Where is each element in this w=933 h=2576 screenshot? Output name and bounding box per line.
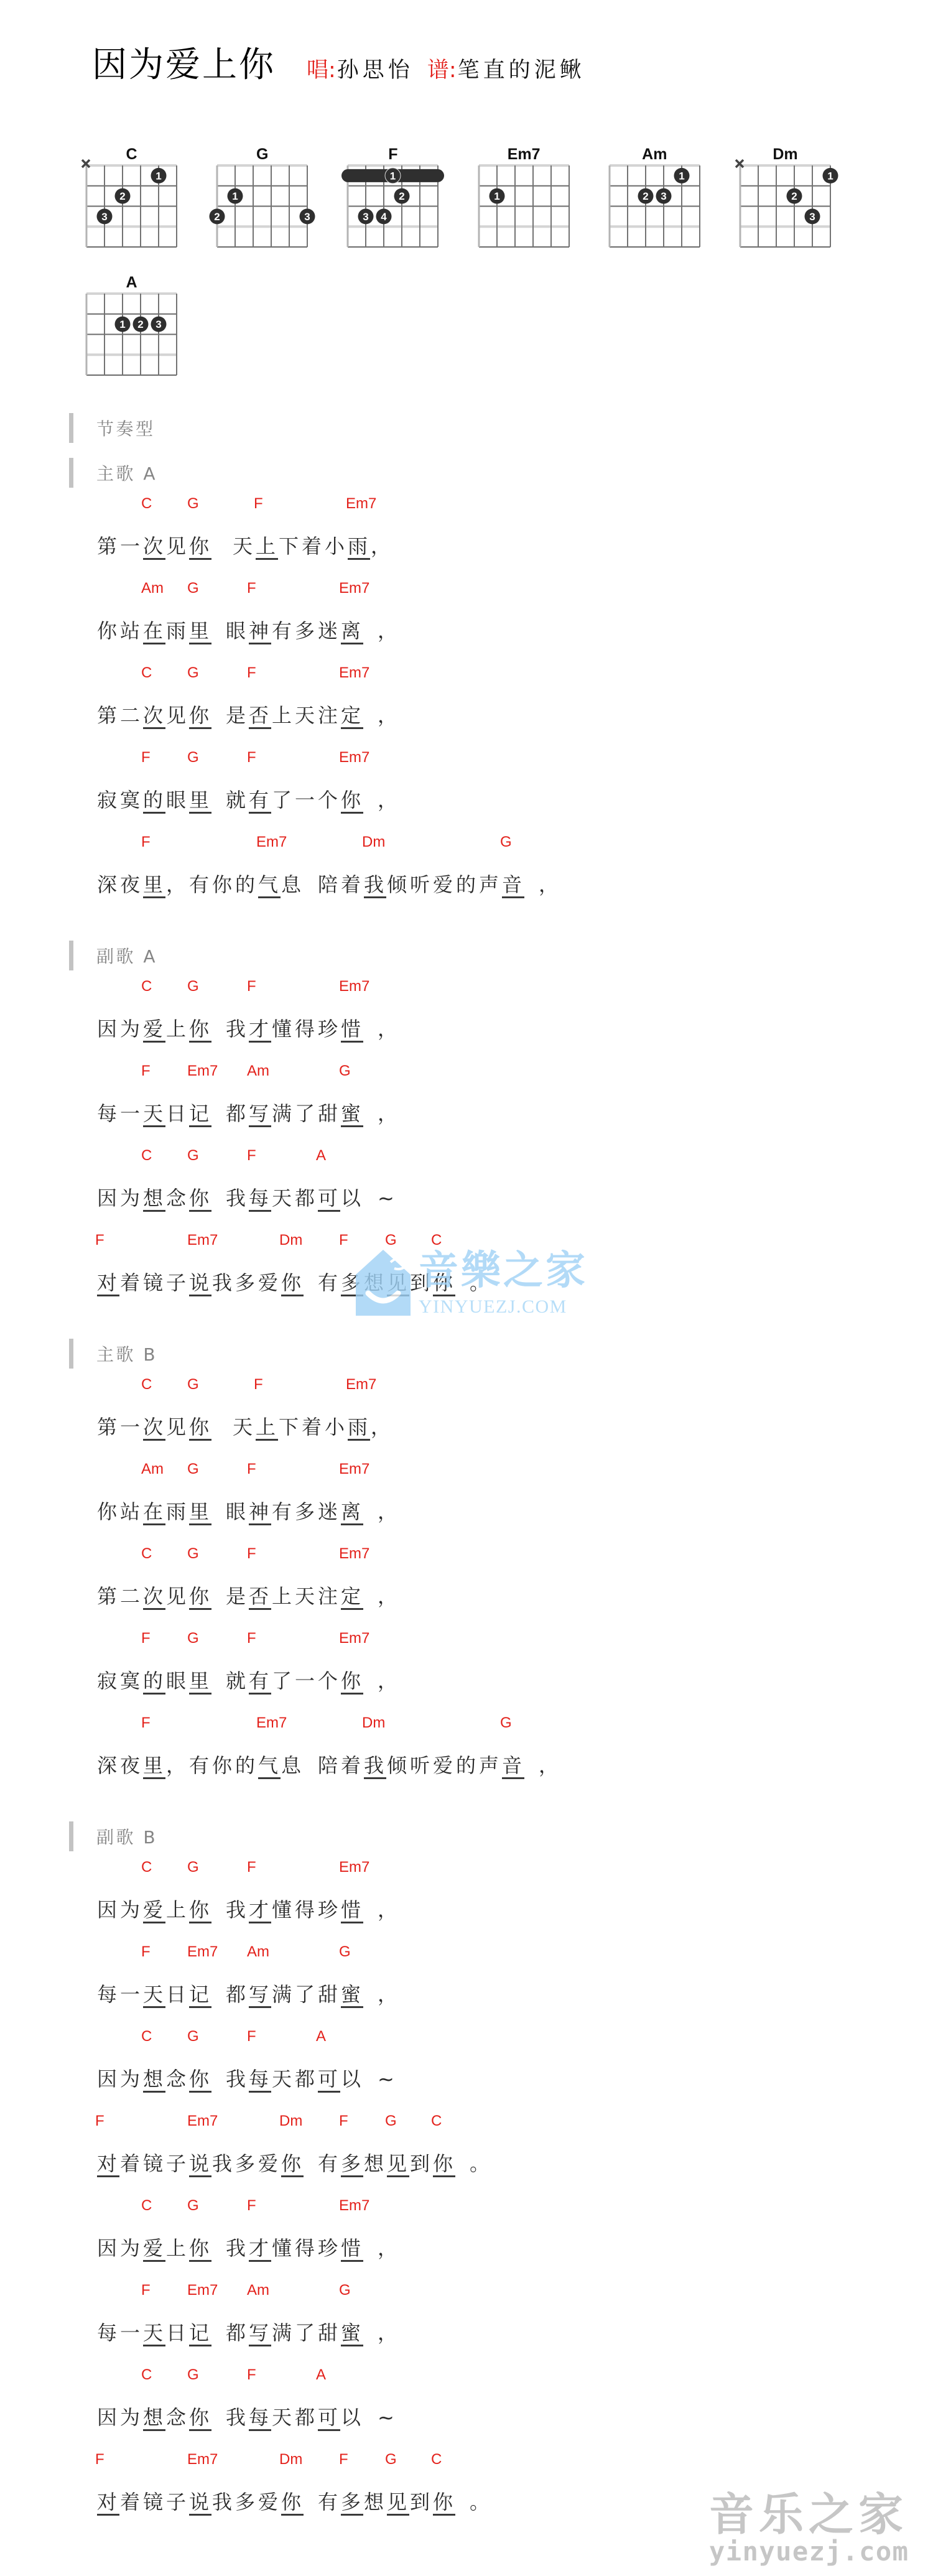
lyric-char [364,2058,378,2100]
chord-label: F [95,2439,104,2481]
lyric-char [364,2312,378,2354]
lyric-char: 迷 [318,1490,341,1533]
lyric-char: 镜 [143,2142,166,2185]
chord-line: CGFA [0,2354,933,2396]
lyric-char [212,1490,226,1533]
lyric-char: 见 [166,525,189,567]
lyric-char: 注 [318,1575,341,1617]
lyric-char-chord-marked: 蜜 [341,1092,364,1135]
lyric-char: 寞 [120,779,143,821]
lyric-char: 个 [318,779,341,821]
lyric-char [212,779,226,821]
lyric-char: ， [378,610,401,652]
lyric-line: 每一天日记 都写满了甜蜜 ， [0,1092,933,1135]
lyric-char: ， [166,863,189,906]
lyric-char: 见 [166,1575,189,1617]
lyric-char [212,1008,226,1050]
finger-dot: 1 [674,168,689,184]
lyric-char [212,694,226,737]
chord-label: F [247,2185,256,2227]
lyric-char: 上 [166,2227,189,2269]
lyric-char-chord-marked: 我 [364,863,387,906]
lyric-char: ， [378,694,401,737]
lyric-char-chord-marked: 写 [249,1973,272,2016]
lyric-char: 有 [272,1490,295,1533]
lyric-char: 下 [279,1406,302,1448]
lyric-char-chord-marked: 次 [143,525,166,567]
chord-label: C [431,1219,442,1262]
lyric-char [304,1744,318,1787]
lyric-char [212,1973,226,2016]
chord-label: Em7 [339,1448,369,1490]
lyric-line: 第一次见你 天上下着小雨， [0,525,933,567]
fretboard-grid: 123 [77,287,186,381]
section-header: 副歌 A [0,948,933,965]
lyric-char: 到 [410,2142,433,2185]
chord-label: Em7 [187,1931,218,1973]
lyric-char-chord-marked: 蜜 [341,1973,364,2016]
arranger-name: 笔直的泥鳅 [458,58,585,83]
lyric-char: 是 [226,1575,249,1617]
chord-label: G [187,1364,199,1406]
lyric-char: 因 [97,1889,120,1931]
lyric-char: 天 [272,1177,295,1219]
chord-label: Am [247,1050,269,1092]
lyric-char-chord-marked: 里 [143,1744,166,1787]
finger-number: 2 [643,190,648,202]
lyric-char: 日 [166,1092,189,1135]
finger-number: 1 [827,170,833,182]
lyric-char-chord-marked: 音 [502,1744,525,1787]
lyric-char: 雨 [166,610,189,652]
finger-dot: 3 [300,208,315,224]
lyric-char: 的 [235,863,258,906]
song-meta: 唱:孙思怡谱:笔直的泥鳅 [307,58,585,83]
lyric-char-chord-marked: 记 [189,1973,212,2016]
lyric-char: 满 [272,2312,295,2354]
lyric-char: 寂 [97,779,120,821]
lyric-char: 见 [166,1406,189,1448]
lyric-char [364,2227,378,2269]
chord-line: FEm7AmG [0,1931,933,1973]
lyric-line: 每一天日记 都写满了甜蜜 ， [0,1973,933,2016]
lyric-char [212,1092,226,1135]
lyric-line: 因为爱上你 我才懂得珍惜 ， [0,1889,933,1931]
lyric-char: ， [371,1406,394,1448]
chord-label: F [247,2016,256,2058]
lyric-char: 上 [166,1889,189,1931]
lyric-char: 甜 [318,1973,341,2016]
lyric-char-chord-marked: 多 [341,2142,364,2185]
lyric-char: 小 [325,1406,348,1448]
lyric-char [212,1406,233,1448]
chord-label: F [247,1617,256,1660]
chord-label: Em7 [256,821,287,863]
chord-label: Em7 [187,1219,218,1262]
lyric-char [212,610,226,652]
lyric-char: 因 [97,2396,120,2439]
chord-label: F [254,483,263,525]
lyric-char: 一 [120,1973,143,2016]
finger-dot: 2 [394,188,410,204]
lyric-char: 满 [272,1973,295,2016]
lyric-char [364,1490,378,1533]
chord-label: F [95,2100,104,2142]
lyric-char-chord-marked: 里 [189,779,212,821]
lyric-char: 眼 [166,779,189,821]
finger-number: 2 [399,190,405,202]
chord-label: C [141,2185,152,2227]
lyric-char-chord-marked: 离 [341,1490,364,1533]
lyric-char: 爱 [433,1744,456,1787]
lyric-char: 听 [410,863,433,906]
section-title: 副歌 A [96,948,157,965]
lyric-char: 的 [456,1744,479,1787]
finger-dot: 4 [376,208,392,224]
finger-dot: 3 [656,188,671,204]
lyric-char [304,863,318,906]
lyric-char: 都 [295,1177,318,1219]
finger-number: 1 [390,170,396,182]
chord-line: CGFA [0,1135,933,1177]
lyric-char [364,779,378,821]
finger-dot: 1 [489,188,504,204]
lyric-char: ， [378,1575,401,1617]
finger-number: 2 [137,319,143,330]
lyric-char: ， [166,1744,189,1787]
lyric-char: 念 [166,1177,189,1219]
lyric-char: 着 [302,1406,325,1448]
lyric-char: 我 [212,1262,235,1304]
lyric-char-chord-marked: 你 [189,1406,212,1448]
chord-label: G [187,1617,199,1660]
lyric-char: 陪 [318,863,341,906]
chord-label: Dm [362,1702,385,1744]
section-title: 主歌 A [96,465,157,483]
lyric-char-chord-marked: 记 [189,1092,212,1135]
lyric-char: 上 [272,694,295,737]
chord-label: G [385,2439,397,2481]
lyric-char-chord-marked: 气 [258,863,281,906]
lyric-char: 我 [226,1008,249,1050]
chord-label: A [316,2016,326,2058]
lyric-char: 得 [295,1889,318,1931]
lyric-char: ~ [378,1177,391,1219]
chord-label: G [187,1533,199,1575]
finger-dot: 2 [787,188,802,204]
lyric-char-chord-marked: 的 [143,779,166,821]
lyric-char: 我 [212,2142,235,2185]
lyric-char: 珍 [318,1008,341,1050]
fretboard-grid: 1234 [338,159,447,253]
section-header: 副歌 B [0,1829,933,1846]
lyric-char-chord-marked: 音 [502,863,525,906]
lyric-char: 甜 [318,2312,341,2354]
finger-dot: 3 [151,317,167,332]
lyric-char [212,2227,226,2269]
lyric-line: 因为想念你 我每天都可以 ~ [0,2396,933,2439]
lyric-line: 第二次见你 是否上天注定 ， [0,694,933,737]
finger-number: 2 [119,190,125,202]
lyric-char: 陪 [318,1744,341,1787]
lyric-line: 对着镜子说我多爱你 有多想见到你 。 [0,2142,933,2185]
section: 主歌 BCGFEm7第一次见你 天上下着小雨，AmGFEm7你站在雨里 眼神有多… [0,1346,933,1787]
finger-dot: 3 [358,208,374,224]
lyric-char: 眼 [226,1490,249,1533]
chord-label: F [141,821,151,863]
chord-label: G [500,1702,512,1744]
chord-line: CGFA [0,2016,933,2058]
lyric-char: 珍 [318,1889,341,1931]
fretboard-grid: 123 [731,159,840,253]
lyric-char: 深 [97,863,120,906]
lyric-char: 多 [235,2142,258,2185]
lyric-char: 爱 [258,2481,281,2523]
lyric-char: 天 [295,694,318,737]
finger-dot: 2 [638,188,653,204]
chord-line: CGFEm7 [0,1364,933,1406]
chord-label: F [141,1702,151,1744]
lyric-char-chord-marked: 定 [341,1575,364,1617]
chord-diagram-am: Am123 [600,143,709,255]
lyric-char: 为 [120,1177,143,1219]
lyric-char-chord-marked: 想 [143,2396,166,2439]
lyric-char-chord-marked: 每 [249,2058,272,2100]
finger-number: 1 [155,170,161,182]
lyric-char: 了 [295,1092,318,1135]
lyric-char-chord-marked: 我 [364,1744,387,1787]
lyric-char-chord-marked: 否 [249,1575,272,1617]
lyric-char: 的 [456,863,479,906]
chord-diagram-em7: Em71 [470,143,578,255]
arranger-label: 谱: [427,58,457,83]
lyric-char: ， [378,1973,401,2016]
lyric-char: 得 [295,2227,318,2269]
lyric-char: 有 [318,1262,341,1304]
chord-label: F [247,1135,256,1177]
lyric-char-chord-marked: 爱 [143,2227,166,2269]
lyric-char: 一 [120,1092,143,1135]
lyric-char: 多 [295,1490,318,1533]
finger-number: 2 [214,211,220,223]
section: 主歌 ACGFEm7第一次见你 天上下着小雨，AmGFEm7你站在雨里 眼神有多… [0,465,933,906]
chord-label: Dm [279,2100,302,2142]
chord-label: G [187,567,199,610]
section-header: 主歌 A [0,465,933,483]
chord-label: F [254,1364,263,1406]
lyric-char: 我 [226,1889,249,1931]
lyric-char [364,1008,378,1050]
lyric-char: 的 [235,1744,258,1787]
section: 副歌 BCGFEm7因为爱上你 我才懂得珍惜 ，FEm7AmG每一天日记 都写满… [0,1829,933,2523]
fretboard-grid: 123 [208,159,317,253]
chord-label: Am [247,1931,269,1973]
chord-label: C [141,1364,152,1406]
lyric-char-chord-marked: 否 [249,694,272,737]
chord-label: Em7 [339,965,369,1008]
lyric-char: 想 [364,1262,387,1304]
lyric-char: 夜 [120,863,143,906]
chord-label: Am [141,567,164,610]
lyric-char: 多 [295,610,318,652]
chord-label: C [141,652,152,694]
lyric-char-chord-marked: 你 [281,1262,304,1304]
chord-diagram-a: A123 [77,271,186,383]
lyric-char: ， [378,1008,401,1050]
lyric-char-chord-marked: 你 [189,2227,212,2269]
lyric-char [304,1262,318,1304]
lyric-char: 多 [235,1262,258,1304]
lyric-char [364,1973,378,2016]
chord-label: G [339,2269,351,2312]
finger-number: 3 [155,319,161,330]
lyric-char-chord-marked: 可 [318,2058,341,2100]
lyric-char [525,1744,539,1787]
chord-label: F [247,965,256,1008]
lyric-char: 倾 [387,863,410,906]
lyric-char: 为 [120,1008,143,1050]
lyric-char: 站 [120,1490,143,1533]
lyric-char: 我 [226,2058,249,2100]
lyric-char-chord-marked: 对 [97,2142,120,2185]
lyric-char: 。 [470,2481,493,2523]
lyric-line: 每一天日记 都写满了甜蜜 ， [0,2312,933,2354]
lyric-char-chord-marked: 里 [189,1490,212,1533]
lyric-char [364,1660,378,1702]
chord-label: Em7 [187,1050,218,1092]
lyric-char-chord-marked: 说 [189,1262,212,1304]
chord-label: G [339,1050,351,1092]
chord-line: FEm7DmG [0,1702,933,1744]
chord-label: G [187,1135,199,1177]
lyric-char: 你 [97,1490,120,1533]
lyric-char: 多 [235,2481,258,2523]
chord-diagram-dm: Dm123 [731,143,840,255]
lyric-char-chord-marked: 见 [387,2481,410,2523]
lyric-char-chord-marked: 你 [189,525,212,567]
chord-label: F [247,2354,256,2396]
lyric-char-chord-marked: 你 [281,2481,304,2523]
lyric-char: 子 [166,2481,189,2523]
chord-line: FEm7DmFGC [0,2439,933,2481]
lyric-char: 深 [97,1744,120,1787]
lyric-char [364,2396,378,2439]
lyric-line: 因为想念你 我每天都可以 ~ [0,1177,933,1219]
section-header: 主歌 B [0,1346,933,1364]
lyric-char: 为 [120,1889,143,1931]
lyric-char-chord-marked: 对 [97,1262,120,1304]
lyric-line: 深夜里，有你的气息 陪着我倾听爱的声音 ， [0,1744,933,1787]
lyric-char [304,2481,318,2523]
chord-label: F [247,1448,256,1490]
finger-number: 1 [494,190,499,202]
lyric-char-chord-marked: 次 [143,694,166,737]
lyric-char: ， [539,1744,562,1787]
song-title: 因为爱上你 [92,47,276,84]
lyric-char: 有 [318,2481,341,2523]
finger-number: 3 [661,190,666,202]
barre-icon: 1 [341,168,444,184]
lyric-char [364,610,378,652]
lyric-char-chord-marked: 想 [143,1177,166,1219]
lyric-char [304,2142,318,2185]
lyric-char: 因 [97,2058,120,2100]
finger-number: 4 [381,211,388,223]
lyric-char: 因 [97,1177,120,1219]
chord-label: F [141,1617,151,1660]
lyric-char: 珍 [318,2227,341,2269]
lyric-char: 每 [97,1092,120,1135]
lyric-char-chord-marked: 你 [341,1660,364,1702]
chord-line: FEm7AmG [0,2269,933,2312]
chord-label: Em7 [339,1846,369,1889]
lyric-char-chord-marked: 才 [249,2227,272,2269]
lyric-char: 有 [189,1744,212,1787]
lyric-char-chord-marked: 雨 [348,525,371,567]
lyric-char: 镜 [143,2481,166,2523]
lyric-char: 寂 [97,1660,120,1702]
lyric-char: 就 [226,1660,249,1702]
section-marker-bar [69,413,73,443]
chord-label: F [339,2439,348,2481]
lyric-char-chord-marked: 记 [189,2312,212,2354]
singer-label: 唱: [307,58,336,83]
lyric-char: 寞 [120,1660,143,1702]
lyric-char: 息 [281,863,304,906]
lyric-char: 念 [166,2396,189,2439]
chord-line: AmGFEm7 [0,1448,933,1490]
lyric-char: 眼 [226,610,249,652]
lyric-char: ， [378,1092,401,1135]
chord-label: F [247,1533,256,1575]
chord-label: F [95,1219,104,1262]
lyric-char: 小 [325,525,348,567]
lyric-line: 因为爱上你 我才懂得珍惜 ， [0,2227,933,2269]
lyric-char-chord-marked: 爱 [143,1008,166,1050]
chord-label: G [187,1448,199,1490]
lyric-char: ， [371,525,394,567]
lyric-char-chord-marked: 次 [143,1406,166,1448]
lyric-char-chord-marked: 雨 [348,1406,371,1448]
chord-label: A [316,2354,326,2396]
lyric-char: 站 [120,610,143,652]
chord-label: G [187,2016,199,2058]
lyric-char: 你 [212,863,235,906]
lyric-char: ， [378,1660,401,1702]
lyric-char: 以 [341,1177,364,1219]
lyric-char [212,1889,226,1931]
lyric-char [212,2312,226,2354]
lyric-char-chord-marked: 里 [189,1660,212,1702]
chord-line: FEm7DmFGC [0,2100,933,2142]
lyric-char-chord-marked: 你 [433,2481,456,2523]
lyric-char: 懂 [272,1889,295,1931]
lyric-char: 上 [272,1575,295,1617]
lyric-char: 为 [120,2058,143,2100]
section: 节奏型 [0,421,933,438]
chord-label: C [141,2016,152,2058]
chord-label: C [141,965,152,1008]
lyric-char [525,863,539,906]
lyric-char: 是 [226,694,249,737]
lyric-char [212,1177,226,1219]
chord-label: G [187,965,199,1008]
chord-line: AmGFEm7 [0,567,933,610]
finger-dot: 3 [805,208,820,224]
lyric-char-chord-marked: 有 [249,1660,272,1702]
finger-number: 3 [809,211,815,223]
chord-label: G [500,821,512,863]
